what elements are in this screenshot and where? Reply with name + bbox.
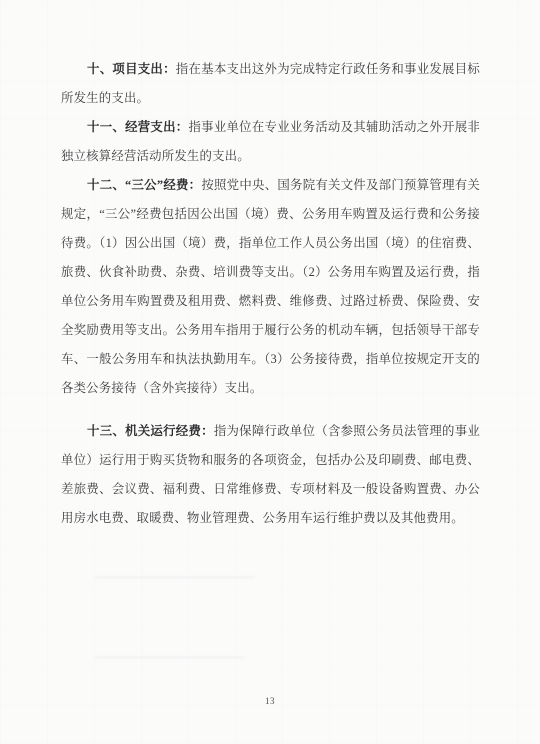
document-body: 十、项目支出：指在基本支出这外为完成特定行政任务和事业发展目标所发生的支出。 十… (61, 55, 480, 533)
paragraph-agency-operating-funds: 十三、机关运行经费：指为保障行政单位（含参照公务员法管理的事业单位）运行用于购买… (61, 417, 480, 533)
document-page: 十、项目支出：指在基本支出这外为完成特定行政任务和事业发展目标所发生的支出。 十… (0, 0, 540, 744)
paragraph-leader: 十、项目支出： (87, 62, 176, 76)
paragraph-operating-expenditure: 十一、经营支出：指事业单位在专业业务活动及其辅助活动之外开展非独立核算经营活动所… (61, 113, 480, 171)
paragraph-project-expenditure: 十、项目支出：指在基本支出这外为完成特定行政任务和事业发展目标所发生的支出。 (61, 55, 480, 113)
paragraph-leader: 十一、经营支出： (87, 120, 188, 134)
page-number: 13 (0, 696, 540, 706)
paragraph-leader: 十二、“三公”经费： (87, 178, 201, 192)
paragraph-text: 指为保障行政单位（含参照公务员法管理的事业单位）运行用于购买货物和服务的各项资金… (61, 424, 480, 525)
scan-showthrough-artifact (95, 656, 245, 659)
scan-showthrough-artifact (95, 576, 255, 579)
paragraph-text: 按照党中央、国务院有关文件及部门预算管理有关规定，“三公”经费包括因公出国（境）… (61, 178, 480, 395)
paragraph-three-public-funds: 十二、“三公”经费：按照党中央、国务院有关文件及部门预算管理有关规定，“三公”经… (61, 171, 480, 403)
paragraph-leader: 十三、机关运行经费： (87, 424, 214, 438)
